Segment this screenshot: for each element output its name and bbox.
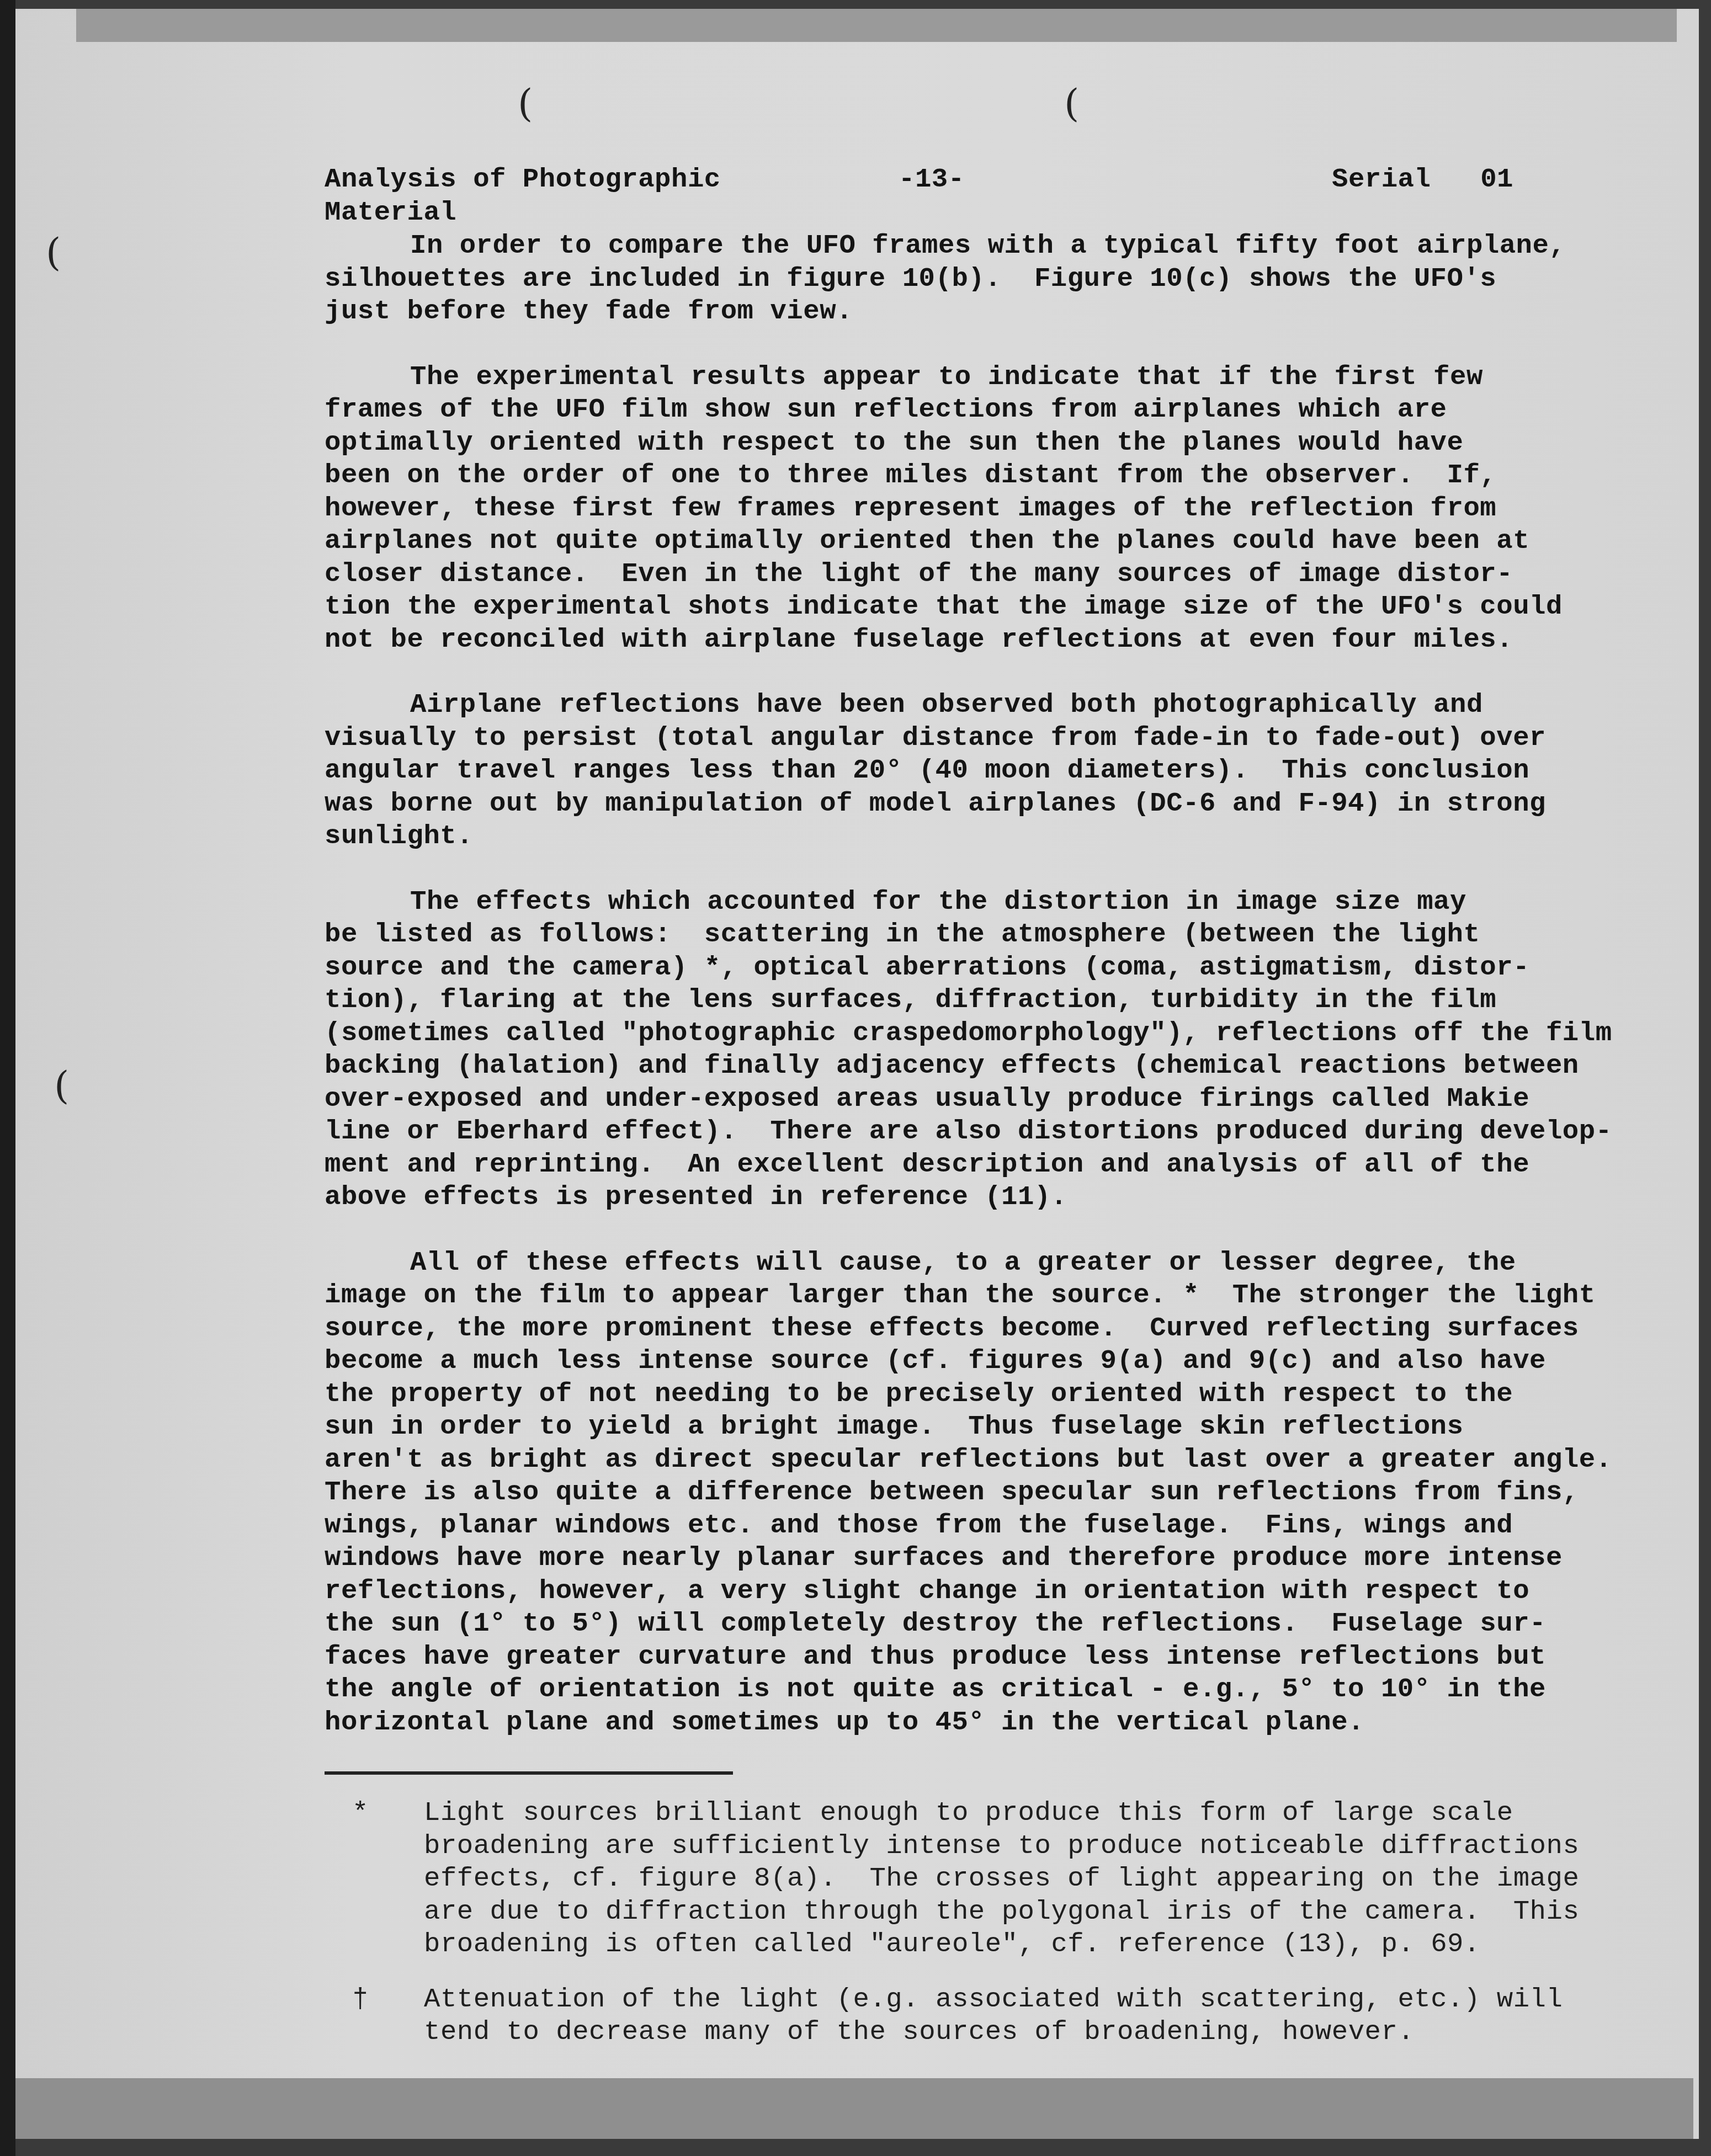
report-title: Analysis of Photographic Material bbox=[325, 163, 721, 229]
text-line: become a much less intense source (cf. f… bbox=[325, 1345, 1649, 1378]
footnote-symbol: * bbox=[352, 1797, 369, 1830]
report-title-line2: Material bbox=[325, 196, 721, 230]
paragraph: In order to compare the UFO frames with … bbox=[325, 230, 1649, 328]
text-line: There is also quite a difference between… bbox=[325, 1476, 1649, 1509]
text-line: line or Eberhard effect). There are also… bbox=[325, 1115, 1649, 1148]
document-body: Analysis of Photographic Material -13- S… bbox=[325, 163, 1649, 2071]
footnote-line: are due to diffraction through the polyg… bbox=[424, 1896, 1649, 1929]
serial-label: Serial bbox=[1332, 164, 1431, 195]
text-line: frames of the UFO film show sun reflecti… bbox=[325, 393, 1649, 427]
text-line: sunlight. bbox=[325, 820, 1649, 853]
punch-mark: ( bbox=[1064, 81, 1079, 126]
footnote-line: effects, cf. figure 8(a). The crosses of… bbox=[424, 1862, 1649, 1896]
footnote: *Light sources brilliant enough to produ… bbox=[325, 1797, 1649, 1961]
text-line: just before they fade from view. bbox=[325, 295, 1649, 328]
text-line: tion the experimental shots indicate tha… bbox=[325, 590, 1649, 624]
text-line: be listed as follows: scattering in the … bbox=[325, 918, 1649, 951]
text-line: been on the order of one to three miles … bbox=[325, 459, 1649, 492]
text-line: above effects is presented in reference … bbox=[325, 1181, 1649, 1214]
footnote-line: tend to decrease many of the sources of … bbox=[424, 2016, 1649, 2049]
paragraphs: In order to compare the UFO frames with … bbox=[325, 230, 1649, 1739]
text-line: windows have more nearly planar surfaces… bbox=[325, 1542, 1649, 1575]
text-line: faces have greater curvature and thus pr… bbox=[325, 1641, 1649, 1674]
paragraph: The experimental results appear to indic… bbox=[325, 361, 1649, 657]
footnote-line: Attenuation of the light (e.g. associate… bbox=[424, 1983, 1649, 2016]
text-line: The effects which accounted for the dist… bbox=[325, 886, 1649, 919]
serial-number: Serial 01 bbox=[1332, 163, 1513, 196]
punch-mark: ( bbox=[46, 230, 61, 275]
text-line: airplanes not quite optimally oriented t… bbox=[325, 525, 1649, 558]
document-page: ( ( ( ( Analysis of Photographic Materia… bbox=[15, 9, 1699, 2139]
text-line: angular travel ranges less than 20° (40 … bbox=[325, 754, 1649, 787]
serial-value: 01 bbox=[1480, 164, 1513, 195]
text-line: silhouettes are included in figure 10(b)… bbox=[325, 263, 1649, 296]
text-line: closer distance. Even in the light of th… bbox=[325, 558, 1649, 591]
text-line: over-exposed and under-exposed areas usu… bbox=[325, 1083, 1649, 1116]
text-line: source, the more prominent these effects… bbox=[325, 1312, 1649, 1345]
text-line: source and the camera) *, optical aberra… bbox=[325, 951, 1649, 984]
text-line: In order to compare the UFO frames with … bbox=[325, 230, 1649, 263]
text-line: the property of not needing to be precis… bbox=[325, 1378, 1649, 1411]
footnote-divider bbox=[325, 1771, 733, 1775]
text-line: the angle of orientation is not quite as… bbox=[325, 1673, 1649, 1706]
footnote: †Attenuation of the light (e.g. associat… bbox=[325, 1983, 1649, 2049]
text-line: not be reconciled with airplane fuselage… bbox=[325, 624, 1649, 657]
text-line: wings, planar windows etc. and those fro… bbox=[325, 1509, 1649, 1542]
text-line: backing (halation) and finally adjacency… bbox=[325, 1050, 1649, 1083]
text-line: Airplane reflections have been observed … bbox=[325, 689, 1649, 722]
text-line: aren't as bright as direct specular refl… bbox=[325, 1444, 1649, 1477]
text-line: however, these first few frames represen… bbox=[325, 492, 1649, 525]
text-line: sun in order to yield a bright image. Th… bbox=[325, 1410, 1649, 1444]
punch-mark: ( bbox=[518, 81, 533, 126]
text-line: The experimental results appear to indic… bbox=[325, 361, 1649, 394]
scan-top-shadow bbox=[76, 9, 1677, 42]
text-line: optimally oriented with respect to the s… bbox=[325, 427, 1649, 460]
footnote-line: Light sources brilliant enough to produc… bbox=[424, 1797, 1649, 1830]
footnotes: *Light sources brilliant enough to produ… bbox=[325, 1797, 1649, 2049]
text-line: ment and reprinting. An excellent descri… bbox=[325, 1148, 1649, 1181]
text-line: All of these effects will cause, to a gr… bbox=[325, 1247, 1649, 1280]
scan-bottom-shadow bbox=[15, 2078, 1693, 2139]
footnote-symbol: † bbox=[352, 1983, 369, 2016]
paragraph: Airplane reflections have been observed … bbox=[325, 689, 1649, 853]
text-line: was borne out by manipulation of model a… bbox=[325, 787, 1649, 821]
paragraph: All of these effects will cause, to a gr… bbox=[325, 1247, 1649, 1739]
page-header: Analysis of Photographic Material -13- S… bbox=[325, 163, 1649, 230]
text-line: image on the film to appear larger than … bbox=[325, 1279, 1649, 1312]
page-number: -13- bbox=[899, 163, 965, 196]
paragraph: The effects which accounted for the dist… bbox=[325, 886, 1649, 1214]
footnote-line: broadening is often called "aureole", cf… bbox=[424, 1928, 1649, 1961]
scan-left-edge bbox=[0, 0, 15, 2156]
footnote-line: broadening are sufficiently intense to p… bbox=[424, 1830, 1649, 1863]
text-line: tion), flaring at the lens surfaces, dif… bbox=[325, 984, 1649, 1017]
text-line: the sun (1° to 5°) will completely destr… bbox=[325, 1607, 1649, 1641]
text-line: horizontal plane and sometimes up to 45°… bbox=[325, 1706, 1649, 1739]
punch-mark: ( bbox=[54, 1063, 69, 1108]
text-line: reflections, however, a very slight chan… bbox=[325, 1575, 1649, 1608]
report-title-line1: Analysis of Photographic bbox=[325, 163, 721, 196]
text-line: (sometimes called "photographic craspedo… bbox=[325, 1017, 1649, 1050]
text-line: visually to persist (total angular dista… bbox=[325, 722, 1649, 755]
